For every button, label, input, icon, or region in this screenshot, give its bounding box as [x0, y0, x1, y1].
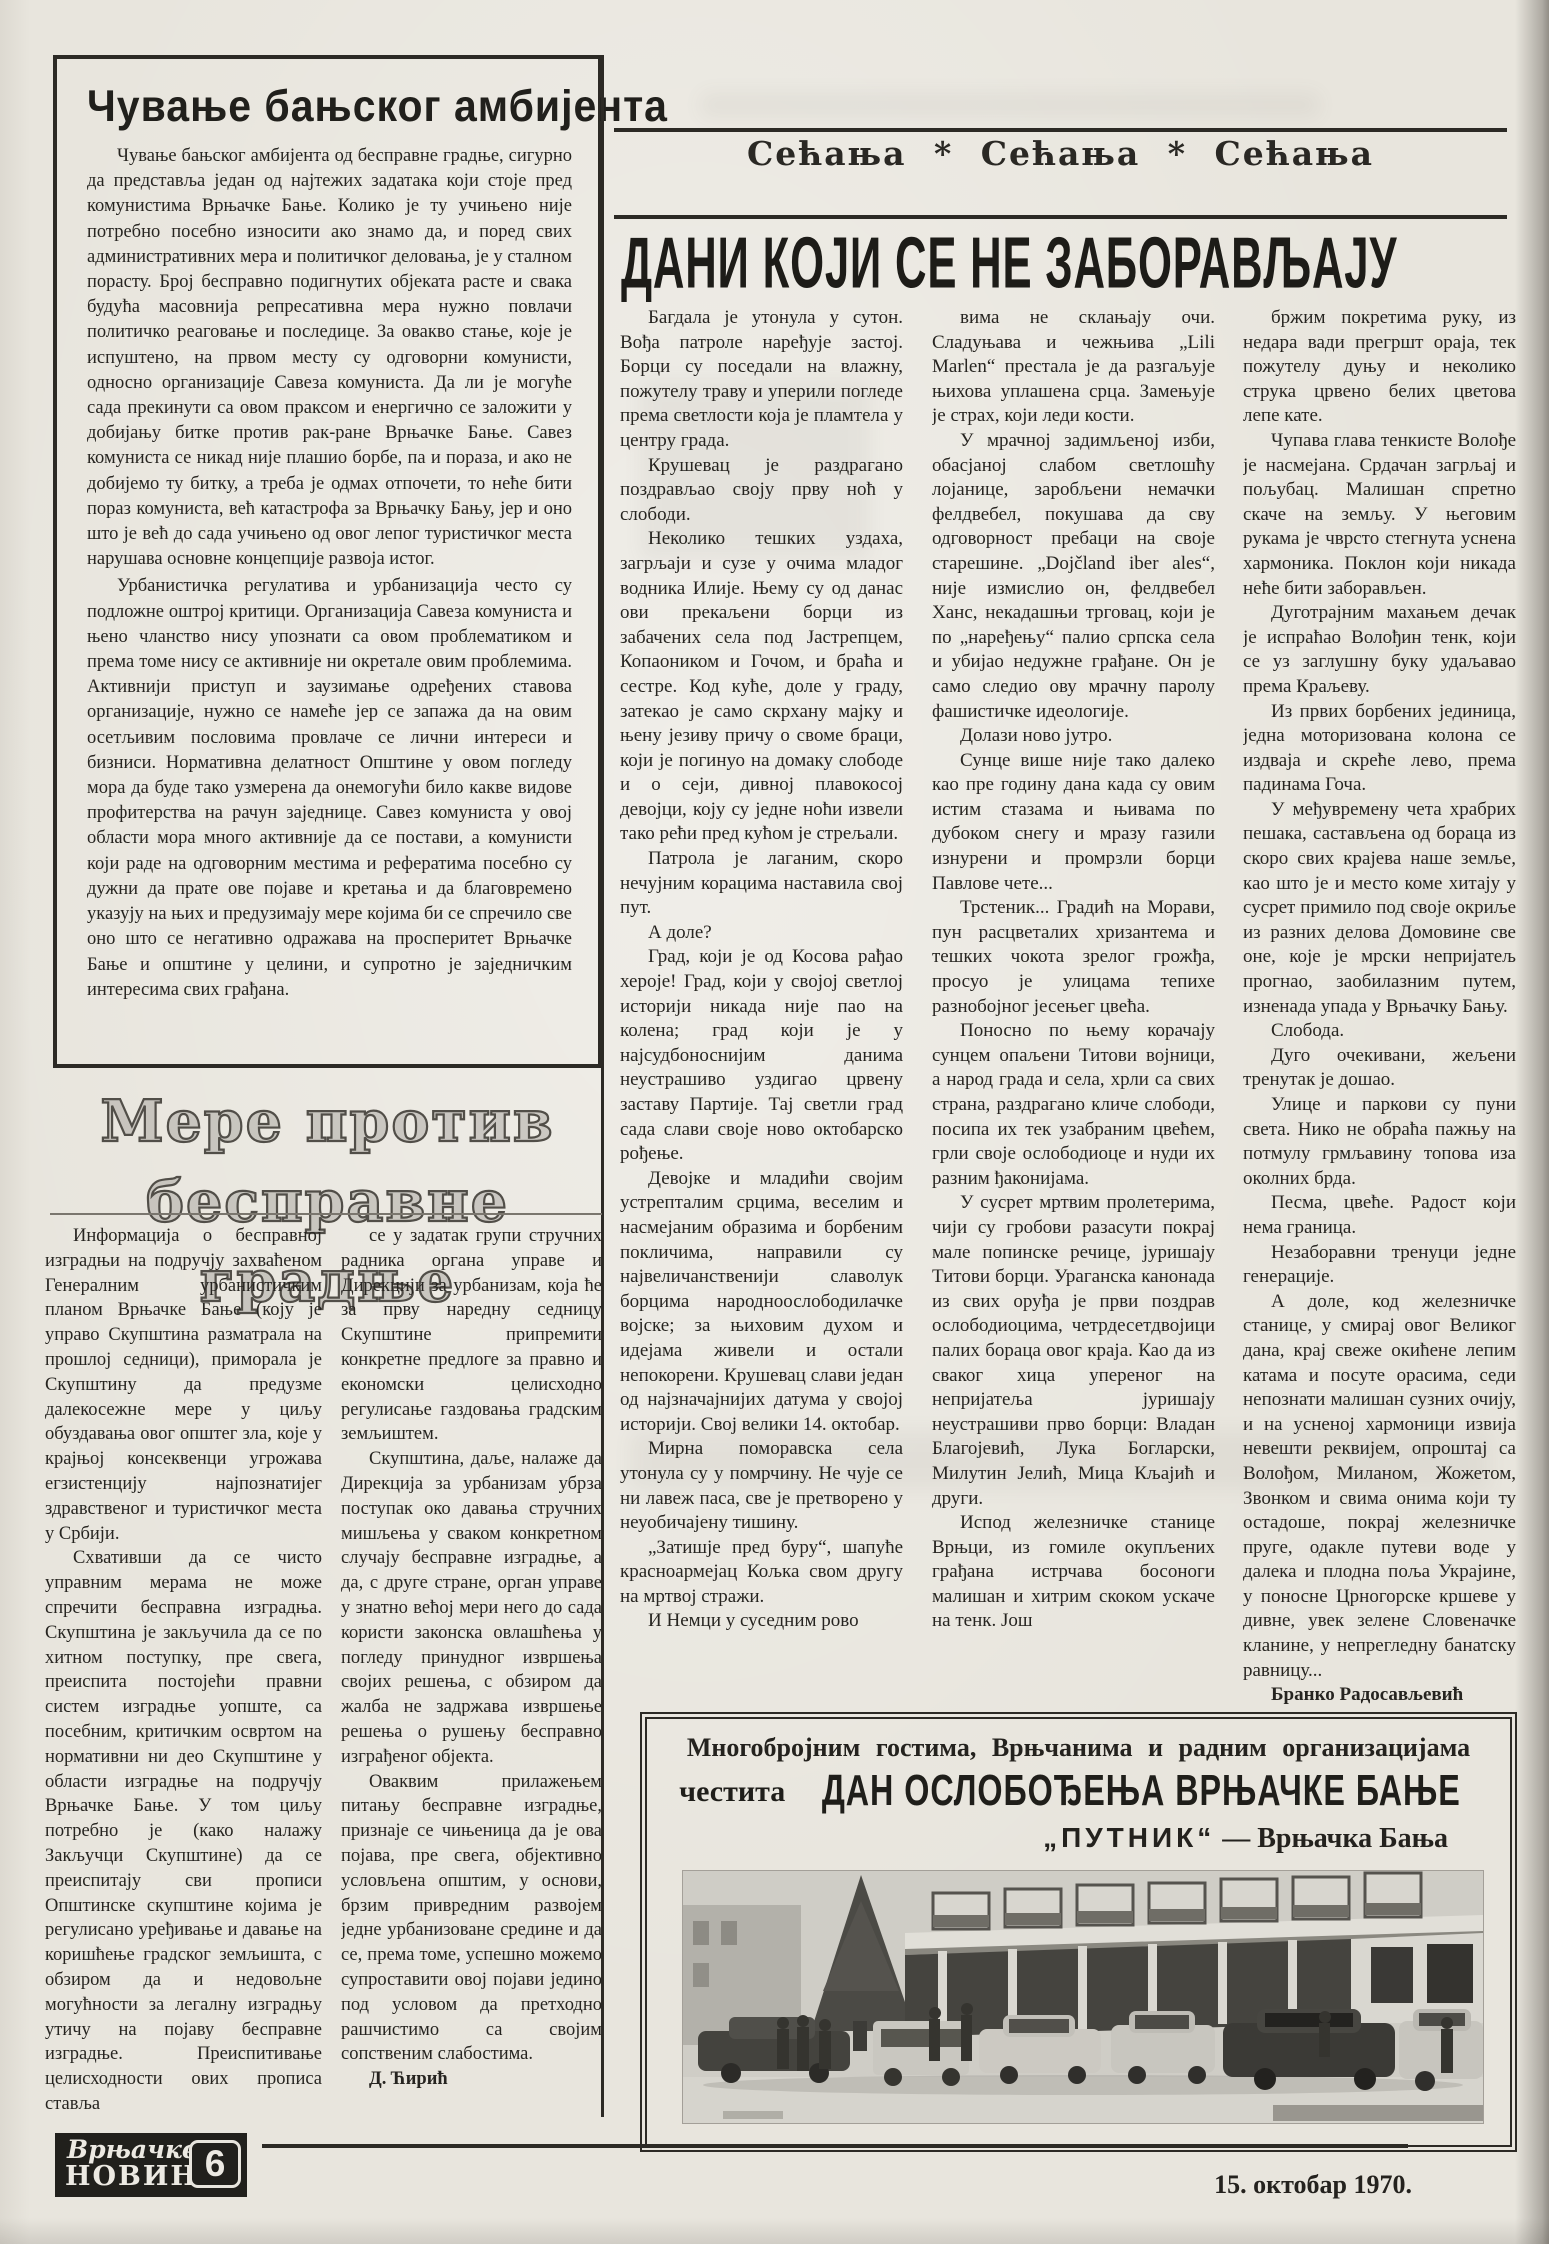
page-bottom-shadow [0, 2218, 1549, 2244]
ad-signature-line: „ПУТНИК“ — Врњачка Бања [647, 1822, 1510, 1855]
ad-greeting: честита [679, 1775, 785, 1808]
secanja-column-1: Багдала је утонула у сутон. Вођа патроле… [620, 306, 903, 1704]
secanja-section-header: Сећања * Сећања * Сећања [614, 134, 1507, 173]
article-headline: ДАНИ КОЈИ СЕ НЕ ЗАБОРАВЉАЈУ [621, 220, 1397, 305]
mere-column-2: се у задатак групи стручних радника орга… [341, 1224, 602, 2117]
ad-addressees-line: Многобројним гостима, Врњчанима и радним… [647, 1733, 1510, 1763]
station-photo-illustration [683, 1871, 1483, 2123]
secanja-rule-top [614, 128, 1507, 132]
footer-rule [262, 2144, 1408, 2148]
mere-column-2-text: се у задатак групи стручних радника орга… [341, 1224, 602, 2067]
ad-event-title: ДАН ОСЛОБОЂЕЊА ВРЊАЧКЕ БАЊЕ [822, 1767, 1461, 1817]
boxed-article-title: Чување бањског амбијента [87, 81, 572, 132]
mere-column-1: Информација о бесправној изградњи на под… [45, 1224, 322, 2117]
secanja-column-3: бржим покретима руку, из недара вади пре… [1243, 306, 1516, 1704]
page-edge-shadow [1515, 0, 1549, 2244]
mere-top-rule [50, 1213, 602, 1215]
mere-byline: Д. Ћирић [341, 2067, 602, 2092]
issue-date: 15. октобар 1970. [1150, 2170, 1412, 2200]
secanja-column-3-text: бржим покретима руку, из недара вади пре… [1243, 306, 1516, 1683]
ad-event-line: честита ДАН ОСЛОБОЂЕЊА ВРЊАЧКЕ БАЊЕ [647, 1772, 1510, 1811]
print-bleed-artifact [700, 92, 1320, 118]
masthead-logo: Врњачке НОВИНЕ 6 [55, 2133, 247, 2197]
boxed-article: Чување бањског амбијента Чување бањског … [53, 55, 602, 1068]
ad-signature-name: „ПУТНИК“ [1043, 1822, 1215, 1853]
secanja-column-2: вима не склањају очи. Сладуњава и чежњив… [932, 306, 1215, 1704]
ad-signature-place: — Врњачка Бања [1222, 1823, 1448, 1854]
putnik-congratulation-ad: Многобројним гостима, Врњчанима и радним… [640, 1712, 1517, 2152]
mere-title-line-1: Мере против [53, 1082, 602, 1162]
newspaper-page: Чување бањског амбијента Чување бањског … [0, 0, 1549, 2244]
putnik-station-photo [683, 1871, 1483, 2123]
secanja-byline: Бранко Радосављевић [1243, 1683, 1516, 1704]
secanja-rule-bottom [614, 215, 1507, 219]
page-number-badge: 6 [189, 2140, 241, 2188]
boxed-article-body: Чување бањског амбијента од бесправне гр… [87, 144, 572, 1003]
